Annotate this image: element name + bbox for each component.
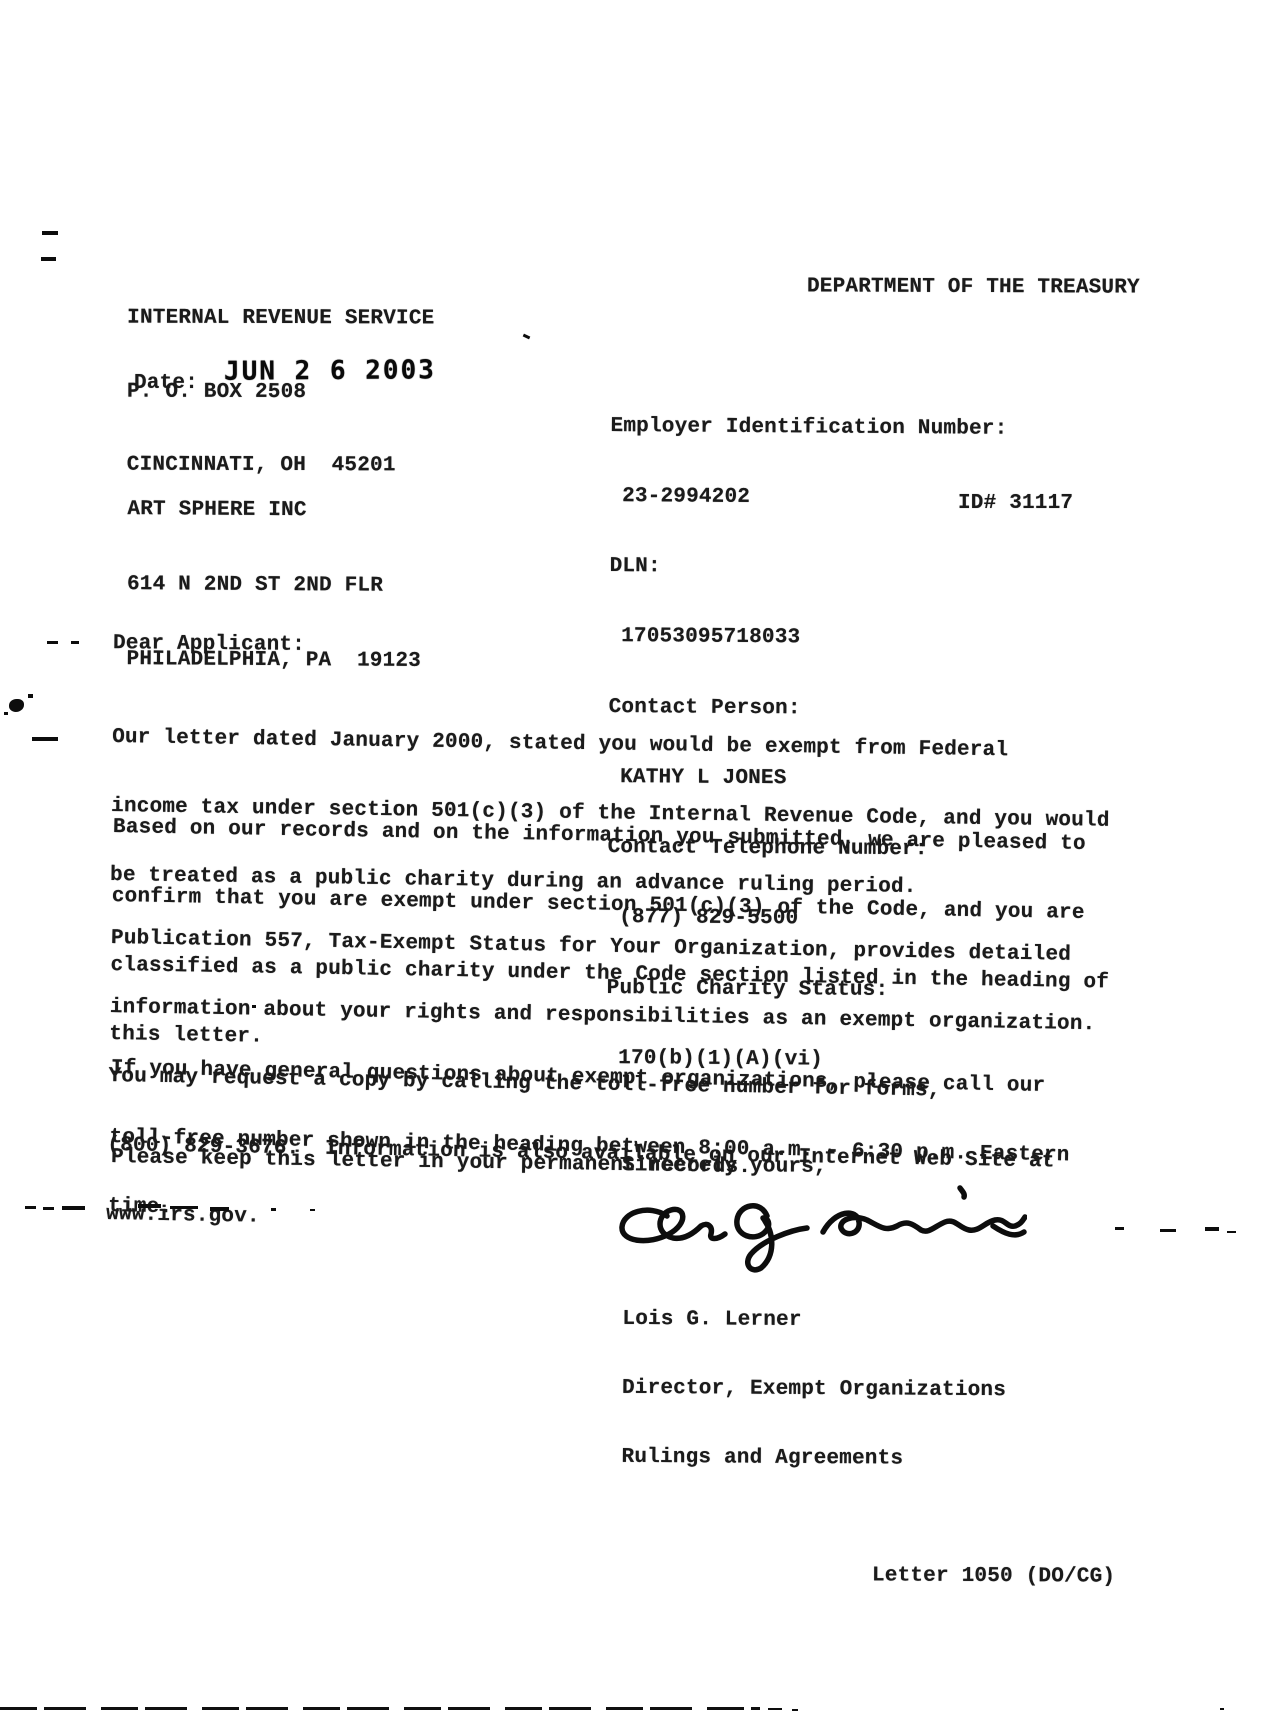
id-reference: ID# 31117 bbox=[958, 492, 1073, 515]
letter-form-number: Letter 1050 (DO/CG) bbox=[872, 1564, 1115, 1588]
scan-artifact bbox=[170, 1206, 198, 1209]
scan-artifact bbox=[271, 1208, 276, 1211]
scan-artifact bbox=[252, 1005, 256, 1008]
scan-artifact bbox=[4, 712, 8, 715]
scan-artifact bbox=[523, 334, 531, 340]
info-label: DLN: bbox=[610, 555, 1007, 581]
recipient-line: ART SPHERE INC bbox=[127, 497, 422, 524]
ink-blot bbox=[9, 699, 24, 712]
scan-artifact bbox=[768, 1708, 782, 1710]
scan-artifact bbox=[792, 1709, 798, 1711]
scan-artifact bbox=[210, 1207, 229, 1211]
info-value: 17053095718033 bbox=[609, 625, 1006, 651]
paragraph-line: Publication 557, Tax-Exempt Status for Y… bbox=[111, 927, 1097, 967]
info-label: Employer Identification Number: bbox=[611, 415, 1008, 441]
recipient-line: 614 N 2ND ST 2ND FLR bbox=[127, 572, 422, 599]
scan-artifact bbox=[310, 1209, 315, 1211]
scan-artifact bbox=[43, 1207, 54, 1210]
scan-artifact bbox=[1227, 1231, 1236, 1233]
scanned-letter-page: INTERNAL REVENUE SERVICE P. O. BOX 2508 … bbox=[0, 0, 1275, 1725]
signature-script-icon bbox=[615, 1182, 1027, 1274]
date-stamp: JUN 2 6 2003 bbox=[224, 359, 436, 383]
scan-artifact bbox=[138, 1204, 161, 1208]
scan-edge-line bbox=[0, 1707, 760, 1710]
scan-artifact bbox=[1220, 1708, 1224, 1710]
signer-title: Rulings and Agreements bbox=[622, 1446, 1006, 1471]
closing: Sincerely yours, bbox=[622, 1154, 827, 1179]
info-value: 23-2994202 bbox=[610, 485, 1007, 511]
paragraph-line: If you have general questions about exem… bbox=[111, 1057, 1071, 1098]
scan-artifact bbox=[25, 1206, 36, 1209]
scan-artifact bbox=[1115, 1227, 1124, 1230]
department-heading: DEPARTMENT OF THE TREASURY bbox=[807, 275, 1140, 299]
salutation: Dear Applicant: bbox=[113, 632, 305, 657]
scan-artifact bbox=[47, 641, 58, 644]
scan-artifact bbox=[1205, 1227, 1219, 1231]
signer-title: Director, Exempt Organizations bbox=[622, 1377, 1006, 1402]
scan-artifact bbox=[32, 737, 58, 741]
paragraph-line: Our letter dated January 2000, stated yo… bbox=[112, 726, 1111, 764]
sender-line: INTERNAL REVENUE SERVICE bbox=[127, 307, 434, 332]
date-label: Date: bbox=[134, 372, 198, 395]
paragraph-line: Based on our records and on the informat… bbox=[113, 816, 1112, 856]
scan-artifact bbox=[71, 641, 79, 644]
signature-block: Lois G. Lerner Director, Exempt Organiza… bbox=[621, 1262, 1007, 1517]
signer-name: Lois G. Lerner bbox=[622, 1308, 1006, 1333]
scan-artifact bbox=[62, 1206, 85, 1210]
scan-artifact bbox=[41, 257, 56, 261]
scan-artifact bbox=[28, 694, 33, 698]
scan-artifact bbox=[1160, 1229, 1176, 1232]
scan-artifact bbox=[42, 231, 58, 235]
